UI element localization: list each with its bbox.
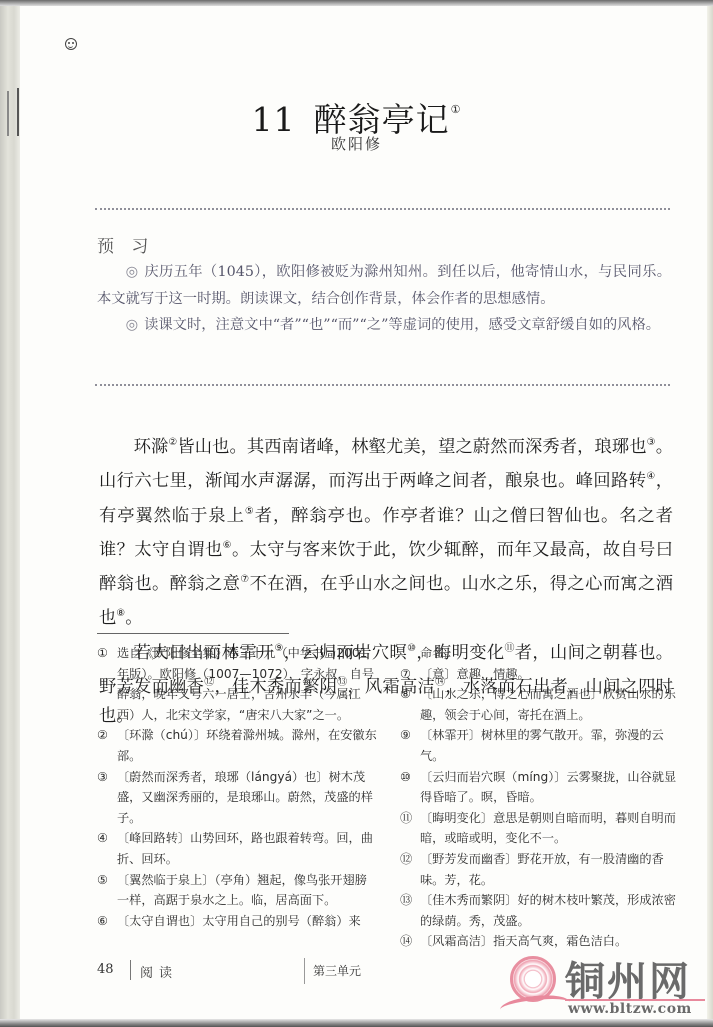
title-footnote-marker: ① (451, 103, 462, 116)
footnote-number: ⑥ (97, 911, 117, 932)
footnote-number: ⑧ (400, 684, 420, 705)
scan-bottom-edge (0, 1019, 713, 1027)
footnote-number: ⑦ (400, 664, 420, 685)
footnote-number: ④ (97, 828, 117, 849)
footnote-continuation: 命名。 (400, 643, 680, 664)
dotted-divider-top (95, 208, 670, 210)
footnote: ⑧〔山水之乐，得之心而寓之酒也〕欣赏山水的乐趣，领会于心间，寄托在酒上。 (400, 684, 680, 725)
page-number: 48 (97, 962, 114, 977)
footnote-rule (97, 633, 289, 634)
footer-divider (130, 960, 131, 980)
footnote-marker: ③ (647, 437, 656, 448)
footnote: ②〔环滁（chú）〕环绕着滁州城。滁州，在安徽东部。 (97, 725, 377, 766)
footnote: ①选自《欧阳修全集》卷三十九（中华书局2001年版）。欧阳修（1007—1072… (97, 643, 377, 725)
page-right-edge (707, 6, 713, 1019)
footnote-number: ③ (97, 767, 117, 788)
footnote: ⑪〔晦明变化〕意思是朝则自暗而明，暮则自明而暗，或暗或明，变化不一。 (400, 808, 680, 849)
footnotes-right-column: 命名。 ⑦〔意〕意趣，情趣。⑧〔山水之乐，得之心而寓之酒也〕欣赏山水的乐趣，领会… (400, 643, 680, 952)
footnote-marker: ② (168, 437, 177, 448)
footnote-marker: ⑧ (116, 608, 125, 619)
footnote-number: ⑪ (400, 808, 420, 829)
footnote: ④〔峰回路转〕山势回环，路也跟着转弯。回，曲折、回环。 (97, 828, 377, 869)
footnote: ⑤〔翼然临于泉上〕（亭角）翘起，像鸟张开翅膀一样，高踞于泉水之上。临，居高面下。 (97, 870, 377, 911)
footnote-number: ① (97, 643, 117, 664)
dotted-divider-bottom (95, 384, 670, 386)
footnote-marker: ⑤ (245, 506, 255, 517)
footer-divider (304, 958, 305, 984)
ribbon-icon (499, 992, 571, 1019)
footnote: ⑫〔野芳发而幽香〕野花开放，有一股清幽的香味。芳，花。 (400, 849, 680, 890)
bullet-icon: ◎ (126, 264, 139, 280)
footnote-number: ⑫ (400, 849, 420, 870)
footnote-number: ⑭ (400, 931, 420, 952)
site-watermark: 铜州网 www.bltzw.com (510, 956, 710, 1018)
footnote-marker: ⑦ (240, 574, 249, 585)
book-spine (0, 6, 20, 1021)
preview-item: ◎庆历五年（1045），欧阳修被贬为滁州知州。到任以后，他寄情山水，与民同乐。本… (97, 259, 671, 312)
footnote-marker: ⑥ (223, 540, 232, 551)
footnote-number: ⑩ (400, 767, 420, 788)
footnote-number: ② (97, 725, 117, 746)
footnote: ⑥〔太守自谓也〕太守用自己的别号（醉翁）来 (97, 911, 377, 932)
body-paragraph: 环滁②皆山也。其西南诸峰，林壑尤美，望之蔚然而深秀者，琅琊也③。山行六七里，渐闻… (99, 428, 673, 634)
footnote-number: ⑨ (400, 725, 420, 746)
footnote-number: ⑤ (97, 870, 117, 891)
bullet-icon: ◎ (126, 317, 138, 333)
footnote-marker: ④ (646, 471, 655, 482)
footnotes-left-column: ①选自《欧阳修全集》卷三十九（中华书局2001年版）。欧阳修（1007—1072… (97, 643, 377, 931)
footnote: ⑨〔林霏开〕树林里的雾气散开。霏，弥漫的云气。 (400, 725, 680, 766)
unit-label: 第三单元 (313, 962, 393, 979)
footnote: ⑬〔佳木秀而繁阴〕好的树木枝叶繁茂，形成浓密的绿荫。秀，茂盛。 (400, 890, 680, 931)
footnote: ⑩〔云归而岩穴暝（míng）〕云雾聚拢，山谷就显得昏暗了。暝，昏暗。 (400, 767, 680, 808)
preview-section: ◎庆历五年（1045），欧阳修被贬为滁州知州。到任以后，他寄情山水，与民同乐。本… (97, 259, 671, 339)
smiley-icon (65, 38, 77, 50)
footnote: ⑦〔意〕意趣，情趣。 (400, 664, 680, 685)
author-name: 欧阳修 (0, 133, 713, 154)
footnote: ⑭〔风霜高洁〕指天高气爽，霜色洁白。 (400, 931, 680, 952)
preview-heading: 预 习 (97, 232, 154, 257)
footnote-number: ⑬ (400, 890, 420, 911)
preview-item: ◎读课文时，注意文中“者”“也”“而”“之”等虚词的使用，感受文章舒缓自如的风格… (97, 312, 671, 339)
section-label: 阅读 (140, 962, 200, 981)
footnote: ③〔蔚然而深秀者，琅琊（lángyá）也〕树木茂盛，又幽深秀丽的，是琅琊山。蔚然… (97, 767, 377, 829)
watermark-url: www.bltzw.com (568, 1001, 692, 1017)
